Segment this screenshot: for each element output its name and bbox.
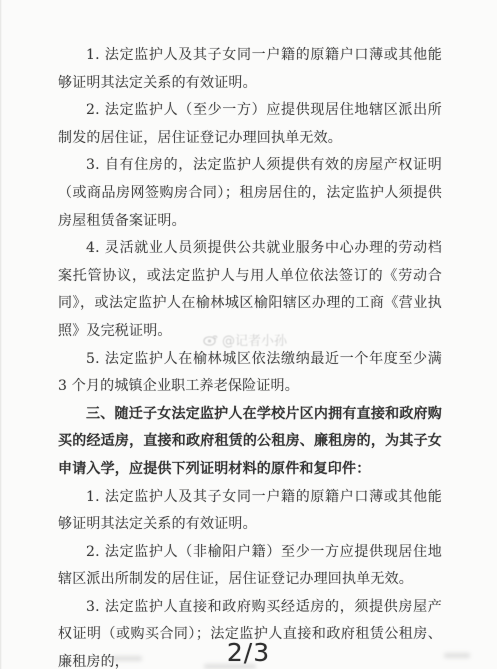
document-body: 1. 法定监护人及其子女同一户籍的原籍户口薄或其他能够证明其法定关系的有效证明。…	[58, 42, 442, 669]
paragraph: 2. 法定监护人（非榆阳户籍）至少一方应提供现居住地辖区派出所制发的居住证，居住…	[58, 539, 442, 594]
paragraph: 5. 法定监护人在榆林城区依法缴纳最近一个年度至少满 3 个月的城镇企业职工养老…	[58, 346, 442, 401]
watermark: @记者小孙	[203, 330, 287, 349]
paragraph: 4. 灵活就业人员须提供公共就业服务中心办理的劳动档案托管协议，或法定监护人与用…	[58, 235, 442, 345]
section-heading: 三、随迁子女法定监护人在学校片区内拥有直接和政府购买的经适房，直接和政府租赁的公…	[58, 401, 442, 484]
paragraph: 2. 法定监护人（至少一方）应提供现居住地辖区派出所制发的居住证，居住证登记办理…	[58, 97, 442, 152]
page-number: 2/3	[0, 638, 497, 667]
paragraph: 3. 自有住房的，法定监护人须提供有效的房屋产权证明（或商品房网签购房合同）；租…	[58, 152, 442, 235]
weibo-icon	[203, 333, 218, 346]
paragraph: 1. 法定监护人及其子女同一户籍的原籍户口薄或其他能够证明其法定关系的有效证明。	[58, 484, 442, 539]
watermark-handle: @记者小孙	[222, 330, 287, 349]
next-page-smudge	[204, 664, 256, 669]
next-page-smudge	[444, 653, 470, 658]
document-page: 1. 法定监护人及其子女同一户籍的原籍户口薄或其他能够证明其法定关系的有效证明。…	[0, 0, 497, 669]
next-page-smudge	[112, 656, 142, 661]
paragraph: 1. 法定监护人及其子女同一户籍的原籍户口薄或其他能够证明其法定关系的有效证明。	[58, 42, 442, 97]
